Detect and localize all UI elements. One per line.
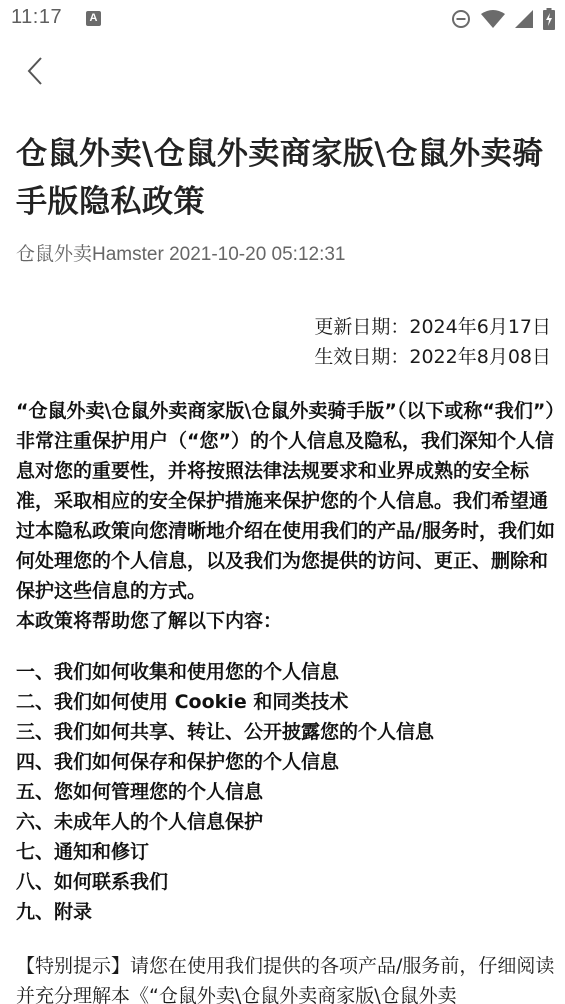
status-icons [451,8,555,30]
a-icon: A [86,11,101,26]
do-not-disturb-icon [451,9,471,29]
battery-charging-icon [543,8,555,30]
wifi-icon [481,9,505,29]
status-time: 11:17 [11,6,62,29]
table-of-contents: 一、我们如何收集和使用您的个人信息 二、我们如何使用 Cookie 和同类技术 … [16,657,556,927]
toc-item: 五、您如何管理您的个人信息 [16,777,556,807]
toc-item: 二、我们如何使用 Cookie 和同类技术 [16,687,556,717]
toc-item: 三、我们如何共享、转让、公开披露您的个人信息 [16,717,556,747]
toc-item: 四、我们如何保存和保护您的个人信息 [16,747,556,777]
chevron-left-icon [26,56,44,90]
effective-date: 生效日期：2022年8月08日 [314,342,551,372]
toc-item: 七、通知和修订 [16,837,556,867]
special-notice: 【特别提示】请您在使用我们提供的各项产品/服务前，仔细阅读并充分理解本《“仓鼠外… [16,951,556,1004]
intro-paragraph: “仓鼠外卖\仓鼠外卖商家版\仓鼠外卖骑手版”（以下或称“我们”）非常注重保护用户… [16,396,556,606]
cellular-signal-icon [515,10,533,28]
update-date: 更新日期：2024年6月17日 [314,312,551,342]
page-title: 仓鼠外卖\仓鼠外卖商家版\仓鼠外卖骑手版隐私政策 [16,130,551,226]
toc-item: 八、如何联系我们 [16,867,556,897]
back-button[interactable] [18,54,52,92]
intro-section: “仓鼠外卖\仓鼠外卖商家版\仓鼠外卖骑手版”（以下或称“我们”）非常注重保护用户… [16,396,556,636]
toc-item: 九、附录 [16,897,556,927]
toc-item: 六、未成年人的个人信息保护 [16,807,556,837]
author-timestamp: 仓鼠外卖Hamster 2021-10-20 05:12:31 [16,239,346,266]
toc-item: 一、我们如何收集和使用您的个人信息 [16,657,556,687]
status-bar: 11:17 A [0,0,565,38]
policy-dates: 更新日期：2024年6月17日 生效日期：2022年8月08日 [314,312,551,372]
toc-intro: 本政策将帮助您了解以下内容： [16,606,556,636]
